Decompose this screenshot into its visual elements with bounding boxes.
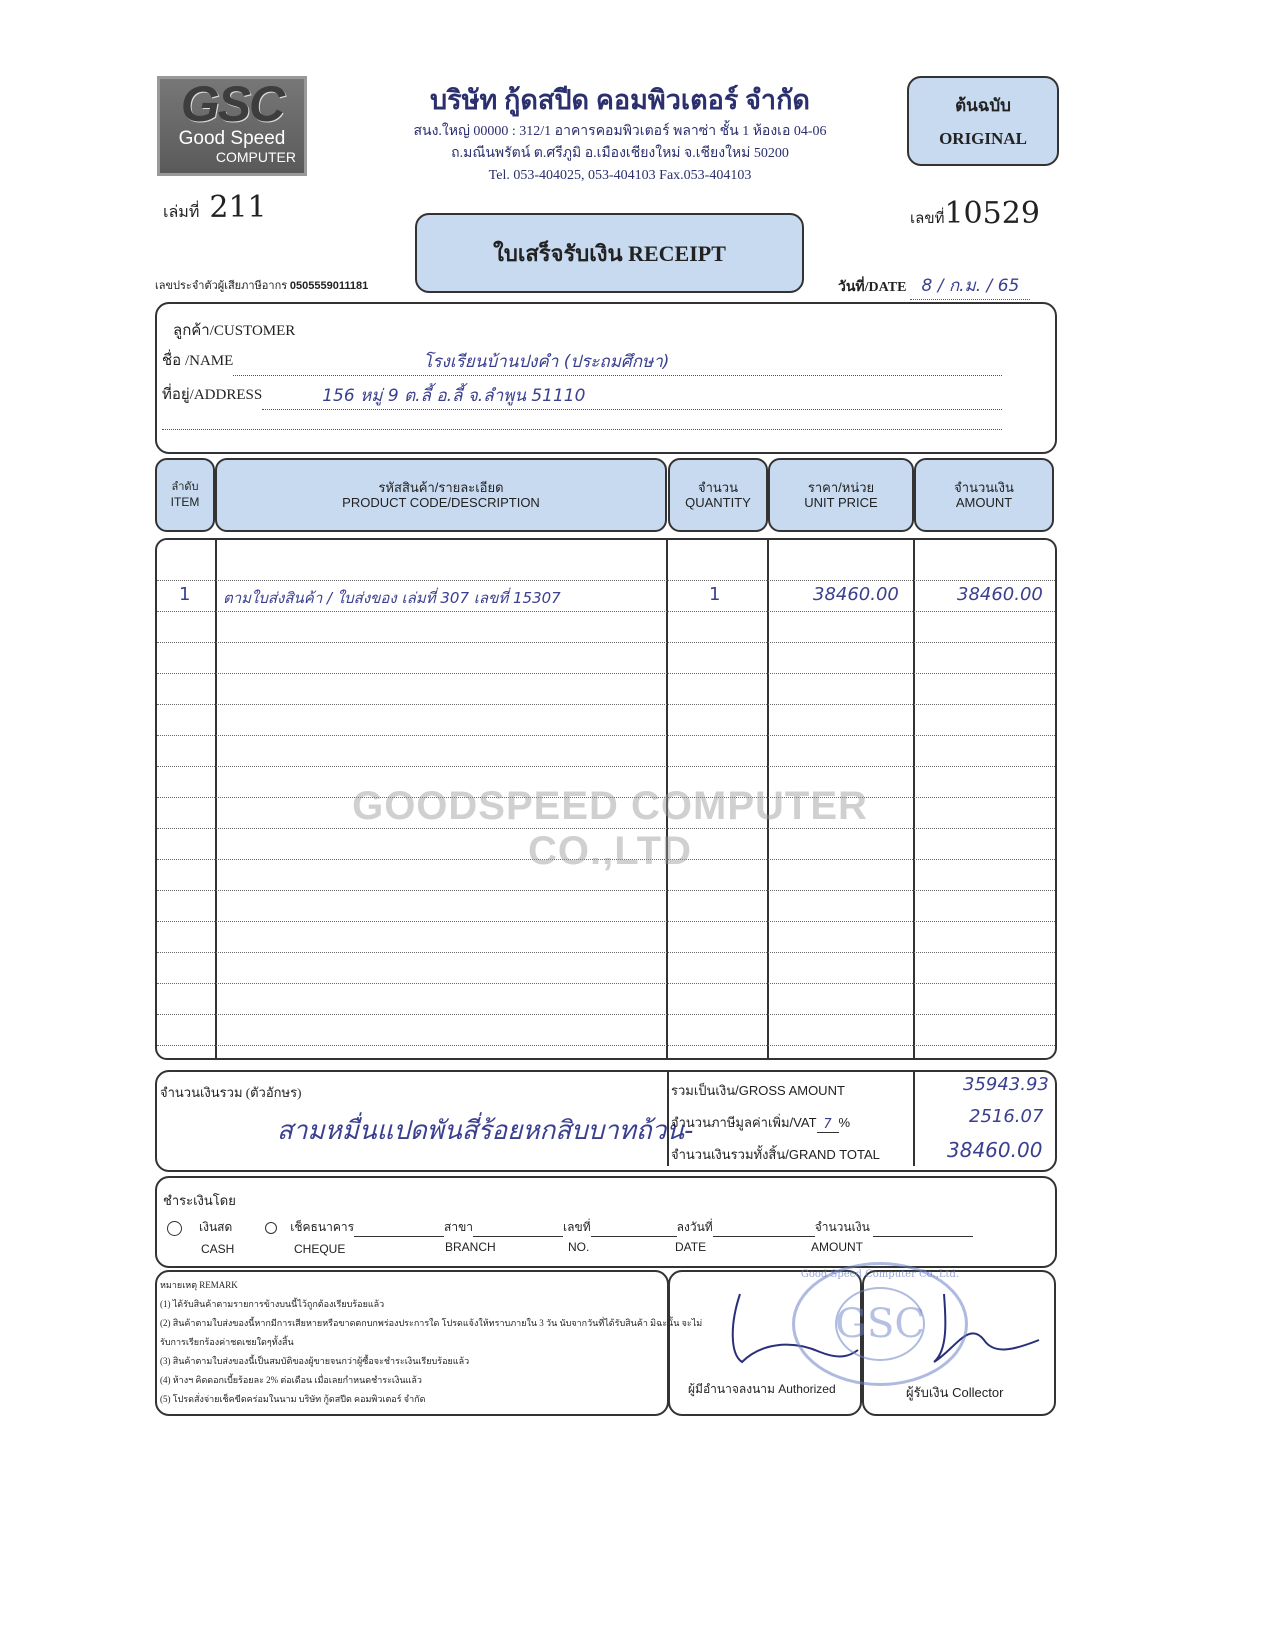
remark-line: (2) สินค้าตามใบส่งของนี้หากมีการเสียหายห…: [160, 1314, 702, 1333]
row-unit-price: 38460.00: [813, 584, 899, 605]
row-item: 1: [179, 584, 190, 605]
collector-label: ผู้รับเงิน Collector: [906, 1382, 1003, 1403]
customer-section: ลูกค้า/CUSTOMER ชื่อ /NAME โรงเรียนบ้านป…: [155, 302, 1057, 454]
grand-total-value: 38460.00: [947, 1138, 1042, 1162]
row-rule: [157, 766, 1055, 767]
no-english: NO.: [568, 1240, 589, 1254]
customer-address-value[interactable]: 156 หมู่ 9 ต.ลี้ อ.ลี้ จ.ลำพูน 51110: [262, 382, 1002, 410]
row-rule: [157, 890, 1055, 891]
company-logo: GSC Good Speed COMPUTER: [157, 76, 307, 176]
cash-label: เงินสด: [199, 1220, 232, 1234]
document-number-value: 10529: [944, 196, 1039, 231]
date-english: DATE: [675, 1240, 706, 1254]
copy-badge-english: ORIGINAL: [909, 129, 1057, 149]
cash-radio[interactable]: [167, 1221, 182, 1236]
header-amount: จำนวนเงิน AMOUNT: [914, 458, 1054, 532]
document-number: เลขที่10529: [910, 196, 1040, 231]
date-label: วันที่/DATE: [838, 280, 906, 295]
tax-id: เลขประจำตัวผู้เสียภาษีอากร 0505559011181: [155, 276, 368, 294]
remark-line: รับการเรียกร้องค่าชดเชยใดๆทั้งสิ้น: [160, 1333, 294, 1352]
payment-row: เงินสด เช็คธนาคารสาขาเลขที่ลงวันที่จำนวน…: [167, 1218, 973, 1237]
company-stamp-icon: GSC Good Speed Computer Co.,Ltd.: [792, 1262, 968, 1386]
payment-label: ชำระเงินโดย: [163, 1190, 236, 1211]
vat-label-row: จำนวนภาษีมูลค่าเพิ่ม/VAT7%: [671, 1112, 850, 1133]
header-item-thai: ลำดับ: [171, 480, 198, 495]
vat-rate: 7: [817, 1117, 839, 1133]
header-unit-price-thai: ราคา/หน่วย: [808, 480, 874, 495]
book-number: เล่มที่ 211: [163, 190, 267, 225]
customer-name-label: ชื่อ /NAME: [162, 348, 233, 376]
header-unit-price-english: UNIT PRICE: [804, 495, 877, 510]
row-rule: [157, 580, 1055, 581]
header-amount-english: AMOUNT: [956, 495, 1012, 510]
amount-pay-field[interactable]: [873, 1236, 973, 1237]
stamp-mark: GSC: [795, 1301, 965, 1347]
customer-section-label: ลูกค้า/CUSTOMER: [173, 318, 295, 342]
book-value: 211: [209, 190, 266, 225]
date-field: วันที่/DATE 8 / ก.ม. / 65: [838, 272, 1053, 300]
totals-labels: รวมเป็นเงิน/GROSS AMOUNT จำนวนภาษีมูลค่า…: [667, 1072, 915, 1166]
header-unit-price: ราคา/หน่วย UNIT PRICE: [768, 458, 914, 532]
remark-line: (5) โปรดสั่งจ่ายเช็คขีดคร่อมในนาม บริษัท…: [160, 1390, 425, 1409]
remark-line: (1) ได้รับสินค้าตามรายการข้างบนนี้ไว้ถูก…: [160, 1295, 384, 1314]
book-label: เล่มที่: [163, 204, 199, 221]
authorized-label: ผู้มีอำนาจลงนาม Authorized: [688, 1380, 836, 1399]
header-item-english: ITEM: [171, 495, 200, 510]
tax-id-value: 0505559011181: [290, 280, 368, 292]
branch-label: สาขา: [444, 1220, 473, 1234]
no-field[interactable]: [591, 1236, 677, 1237]
payment-section: ชำระเงินโดย เงินสด เช็คธนาคารสาขาเลขที่ล…: [155, 1176, 1057, 1268]
stamp-text: Good Speed Computer Co.,Ltd.: [795, 1269, 965, 1280]
remark-section: หมายเหตุ REMARK (1) ได้รับสินค้าตามรายกา…: [155, 1270, 669, 1416]
document-number-label: เลขที่: [910, 211, 944, 227]
tax-id-label: เลขประจำตัวผู้เสียภาษีอากร: [155, 280, 287, 292]
customer-address-label: ที่อยู่/ADDRESS: [162, 382, 262, 410]
watermark: GOODSPEED COMPUTER CO.,LTD: [300, 784, 920, 874]
remark-line: (4) ห้างฯ คิดดอกเบี้ยร้อยละ 2% ต่อเดือน …: [160, 1371, 422, 1390]
copy-badge: ต้นฉบับ ORIGINAL: [907, 76, 1059, 166]
remark-line: (3) สินค้าตามใบส่งของนี้เป็นสมบัติของผู้…: [160, 1352, 469, 1371]
row-rule: [157, 983, 1055, 984]
header-item: ลำดับ ITEM: [155, 458, 215, 532]
row-amount: 38460.00: [957, 584, 1043, 605]
table-row[interactable]: 1 ตามใบส่งสินค้า / ใบส่งของ เล่มที่ 307 …: [157, 584, 1055, 612]
customer-name-value[interactable]: โรงเรียนบ้านปงคำ (ประถมศึกษา): [233, 348, 1002, 376]
row-rule: [157, 673, 1055, 674]
row-rule: [157, 735, 1055, 736]
row-quantity: 1: [709, 584, 720, 605]
company-address-2: ถ.มณีนพรัตน์ ต.ศรีภูมิ อ.เมืองเชียงใหม่ …: [340, 143, 900, 165]
copy-badge-thai: ต้นฉบับ: [909, 92, 1057, 119]
date-value[interactable]: 8 / ก.ม. / 65: [910, 272, 1030, 300]
header-amount-thai: จำนวนเงิน: [954, 480, 1014, 495]
cheque-english: CHEQUE: [294, 1242, 345, 1256]
column-divider: [215, 540, 217, 1058]
row-rule: [157, 642, 1055, 643]
header-description-thai: รหัสสินค้า/รายละเอียด: [378, 480, 503, 495]
cash-english: CASH: [201, 1242, 234, 1256]
gross-value: 35943.93: [963, 1074, 1049, 1095]
header-quantity: จำนวน QUANTITY: [668, 458, 768, 532]
no-label: เลขที่: [563, 1220, 591, 1234]
remark-title: หมายเหตุ REMARK: [160, 1276, 238, 1295]
customer-address-row: ที่อยู่/ADDRESS 156 หมู่ 9 ต.ลี้ อ.ลี้ จ…: [162, 382, 1002, 410]
logo-line1: Good Speed: [160, 129, 304, 149]
company-address-1: สนง.ใหญ่ 00000 : 312/1 อาคารคอมพิวเตอร์ …: [340, 121, 900, 143]
receipt-title: ใบเสร็จรับเงิน RECEIPT: [415, 213, 804, 293]
gross-label: รวมเป็นเงิน/GROSS AMOUNT: [671, 1080, 845, 1101]
customer-name-row: ชื่อ /NAME โรงเรียนบ้านปงคำ (ประถมศึกษา): [162, 348, 1002, 376]
amount-pay-label: จำนวนเงิน: [815, 1220, 870, 1234]
header-description-english: PRODUCT CODE/DESCRIPTION: [342, 495, 540, 510]
header-description: รหัสสินค้า/รายละเอียด PRODUCT CODE/DESCR…: [215, 458, 667, 532]
date-pay-label: ลงวันที่: [677, 1220, 713, 1234]
vat-suffix: %: [839, 1115, 851, 1130]
date-pay-field[interactable]: [713, 1236, 815, 1237]
company-name: บริษัท กู้ดสปีด คอมพิวเตอร์ จำกัด: [340, 78, 900, 121]
cheque-bank-field[interactable]: [354, 1236, 444, 1237]
logo-mark: GSC: [160, 79, 304, 129]
customer-extra-line: [162, 428, 1002, 430]
totals-section: จำนวนเงินรวม (ตัวอักษร) สามหมื่นแปดพันสี…: [155, 1070, 1057, 1172]
branch-english: BRANCH: [445, 1240, 496, 1254]
row-rule: [157, 1045, 1055, 1046]
amount-english: AMOUNT: [811, 1240, 863, 1254]
row-rule: [157, 1014, 1055, 1015]
row-rule: [157, 704, 1055, 705]
logo-line2: COMPUTER: [160, 149, 304, 165]
grand-total-label: จำนวนเงินรวมทั้งสิ้น/GRAND TOTAL: [671, 1144, 880, 1165]
cheque-radio[interactable]: [265, 1222, 277, 1234]
company-phone: Tel. 053-404025, 053-404103 Fax.053-4041…: [340, 165, 900, 187]
header-quantity-thai: จำนวน: [698, 480, 738, 495]
company-header: บริษัท กู้ดสปีด คอมพิวเตอร์ จำกัด สนง.ให…: [340, 78, 900, 187]
header-quantity-english: QUANTITY: [685, 495, 751, 510]
vat-value: 2516.07: [969, 1106, 1043, 1127]
branch-field[interactable]: [473, 1236, 563, 1237]
vat-label: จำนวนภาษีมูลค่าเพิ่ม/VAT: [671, 1115, 817, 1130]
cheque-label: เช็คธนาคาร: [290, 1220, 354, 1234]
row-rule: [157, 952, 1055, 953]
row-rule: [157, 921, 1055, 922]
amount-in-words-value: สามหมื่นแปดพันสี่ร้อยหกสิบบาทถ้วน-: [277, 1110, 693, 1151]
amount-in-words-label: จำนวนเงินรวม (ตัวอักษร): [160, 1082, 301, 1103]
row-description: ตามใบส่งสินค้า / ใบส่งของ เล่มที่ 307 เล…: [223, 586, 561, 610]
